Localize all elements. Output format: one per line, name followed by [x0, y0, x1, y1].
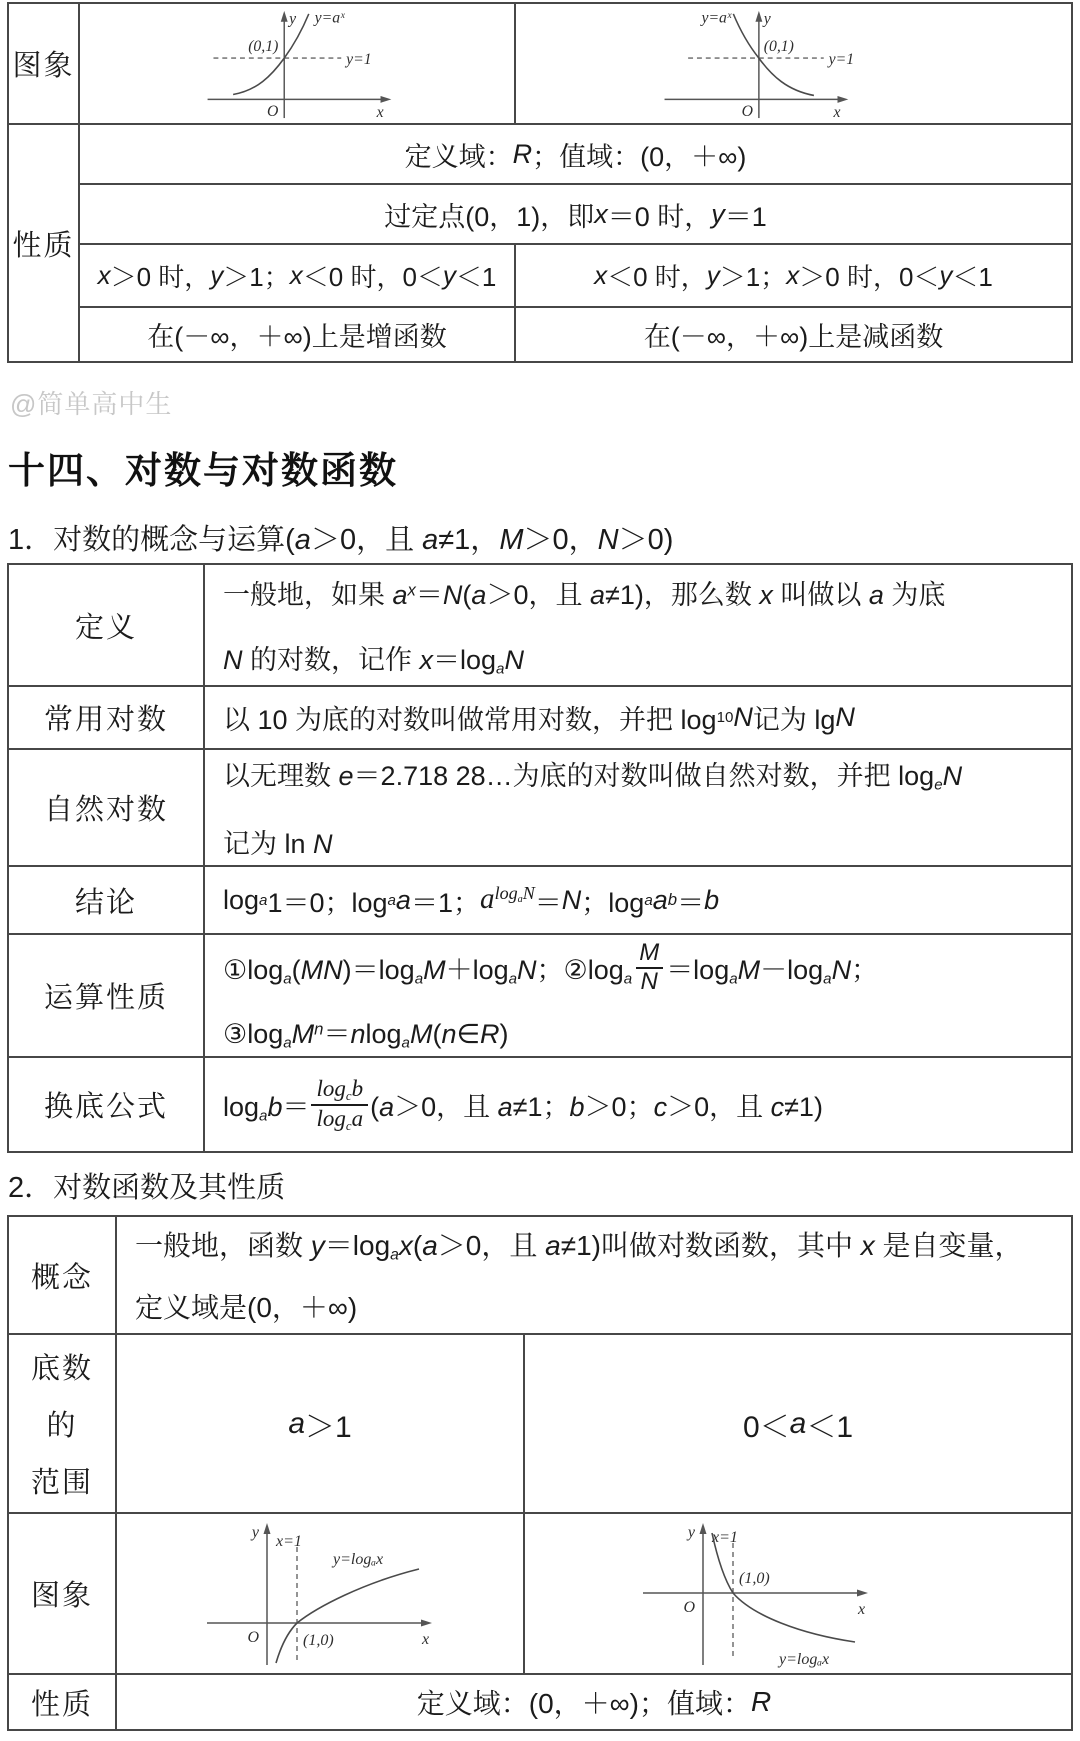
natural-log-line-1: 以无理数 e＝2.718 28…为底的对数叫做自然对数，并把 logeN: [223, 754, 962, 794]
origin-label: O: [247, 1629, 259, 1646]
asymptote-label: y=1: [344, 50, 371, 67]
operations-line-1-pre: ①loga(MN)＝logaM＋logaN；②loga: [223, 948, 632, 988]
conclusion-label: 结论: [9, 867, 203, 933]
exp-decreasing-graph: y y=aˣ (0,1) y=1 O x: [647, 7, 857, 121]
exp-increasing-monotonicity-cell: 在(－∞，＋∞)上是增函数: [80, 308, 514, 361]
y-axis-arrow: [755, 10, 762, 21]
exp-decreasing-graph-cell: y y=aˣ (0,1) y=1 O x: [516, 4, 1071, 123]
operations-line-2: ③logaMn＝nlogaM(n∈R): [223, 1012, 509, 1052]
operations-line-1-post: ＝logaM－logaN；: [666, 948, 878, 988]
fraction-denominator: N: [636, 967, 663, 996]
fraction-numerator: logcb: [311, 1076, 368, 1103]
exp-fixed-point-cell: 过定点(0，1)，即 x＝0 时，y＝1: [80, 185, 1071, 243]
y-axis-label: y: [250, 1524, 260, 1541]
definition-line-1: 一般地，如果 ax＝N(a＞0，且 a≠1)，那么数 x 叫做以 a 为底: [223, 573, 945, 612]
base-range-a-lt-1-cell: 0＜a＜1: [525, 1335, 1071, 1512]
asymptote-label: y=1: [826, 50, 853, 67]
watermark: @简单高中生: [10, 384, 172, 421]
exp-decreasing-values-cell: x＜0 时，y＞1；x＞0 时，0＜y＜1: [516, 245, 1071, 306]
y-axis-label: y: [287, 10, 296, 27]
math-reference-sheet: 图象 y y=aˣ (0,1) y=1 O x: [0, 0, 1080, 1741]
natural-log-line-2: 记为 ln N: [223, 822, 333, 861]
origin-label: O: [683, 1599, 695, 1616]
base-range-label-line-2: 的: [46, 1403, 77, 1444]
x-axis-label: x: [376, 104, 384, 121]
exp-props-row-label: 性质: [9, 125, 78, 361]
log-props-label: 性质: [9, 1675, 115, 1729]
base-range-label-line-3: 范围: [31, 1460, 93, 1501]
y-axis-label: y: [761, 10, 770, 27]
definition-cell: 一般地，如果 ax＝N(a＞0，且 a≠1)，那么数 x 叫做以 a 为底 N …: [205, 565, 1071, 685]
x-axis-arrow: [857, 1589, 868, 1596]
curve-label: y=aˣ: [699, 9, 731, 26]
concept-line-1: 一般地，函数 y＝logax(a＞0，且 a≠1)叫做对数函数，其中 x 是自变…: [135, 1224, 1023, 1265]
definition-label: 定义: [9, 565, 203, 685]
log-increasing-graph: y x=1 y=logₐx (1,0) O x: [195, 1519, 445, 1669]
vline-label: x=1: [711, 1529, 738, 1546]
exp-decreasing-monotonicity-cell: 在(－∞，＋∞)上是减函数: [516, 308, 1071, 361]
y-axis-arrow: [264, 1523, 271, 1534]
subsection-1-title: 1．对数的概念与运算(a＞0，且 a≠1，M＞0，N＞0): [8, 517, 673, 558]
point-label: (0,1): [763, 38, 793, 55]
base-range-label-line-1: 底数: [31, 1346, 93, 1387]
exp-increasing-values-cell: x＞0 时，y＞1；x＜0 时，0＜y＜1: [80, 245, 514, 306]
exp-function-table: 图象 y y=aˣ (0,1) y=1 O x: [7, 2, 1073, 363]
base-change-cell: logab＝logcblogca(a＞0，且 a≠1；b＞0；c＞0，且 c≠1…: [205, 1058, 1071, 1151]
base-range-label: 底数 的 范围: [9, 1335, 115, 1512]
log-increasing-graph-cell: y x=1 y=logₐx (1,0) O x: [117, 1514, 523, 1673]
common-log-label: 常用对数: [9, 687, 203, 748]
operations-cell: ①loga(MN)＝logaM＋logaN；②logaMN＝logaM－loga…: [205, 935, 1071, 1056]
concept-label: 概念: [9, 1217, 115, 1333]
y-axis-label: y: [686, 1524, 696, 1541]
base-range-a-gt-1-cell: a＞1: [117, 1335, 523, 1512]
m-over-n-fraction: MN: [634, 940, 664, 996]
exp-domain-range-cell: 定义域：R；值域：(0，＋∞): [80, 125, 1071, 183]
subsection-2-title: 2．对数函数及其性质: [8, 1165, 285, 1206]
x-axis-arrow: [837, 95, 848, 102]
point-label: (1,0): [303, 1632, 334, 1649]
exp-increasing-graph: y y=aˣ (0,1) y=1 O x: [192, 7, 402, 121]
y-axis-arrow: [281, 10, 288, 21]
log-graph-row-label: 图象: [9, 1514, 115, 1673]
base-change-fraction: logcblogca: [311, 1076, 368, 1133]
curve-label: y=aˣ: [313, 9, 345, 26]
exp-increasing-graph-cell: y y=aˣ (0,1) y=1 O x: [80, 4, 514, 123]
base-change-formula: logab＝logcblogca(a＞0，且 a≠1；b＞0；c＞0，且 c≠1…: [223, 1076, 823, 1133]
conclusion-cell: loga1＝0；logaa＝1；alogaN＝N；logaab＝b: [205, 867, 1071, 933]
x-axis-label: x: [832, 104, 840, 121]
base-change-post: (a＞0，且 a≠1；b＞0；c＞0，且 c≠1): [370, 1085, 823, 1124]
concept-cell: 一般地，函数 y＝logax(a＞0，且 a≠1)叫做对数函数，其中 x 是自变…: [117, 1217, 1071, 1333]
fraction-numerator: M: [634, 940, 664, 967]
point-label: (0,1): [248, 38, 278, 55]
x-axis-arrow: [381, 95, 392, 102]
x-axis-label: x: [421, 1631, 429, 1648]
point-label: (1,0): [739, 1570, 770, 1587]
concept-line-2: 定义域是(0，＋∞): [135, 1286, 357, 1326]
log-decreasing-graph-cell: y x=1 (1,0) y=logₐx O x: [525, 1514, 1071, 1673]
exp-graph-row-label: 图象: [9, 4, 78, 123]
origin-label: O: [741, 103, 752, 120]
definition-line-2: N 的对数，记作 x＝logaN: [223, 638, 524, 678]
base-change-pre: logab＝: [223, 1085, 309, 1125]
operations-line-1: ①loga(MN)＝logaM＋logaN；②logaMN＝logaM－loga…: [223, 940, 878, 996]
natural-log-cell: 以无理数 e＝2.718 28…为底的对数叫做自然对数，并把 logeN 记为 …: [205, 750, 1071, 865]
log-concept-table: 定义 一般地，如果 ax＝N(a＞0，且 a≠1)，那么数 x 叫做以 a 为底…: [7, 563, 1073, 1153]
base-change-label: 换底公式: [9, 1058, 203, 1151]
log-decreasing-graph: y x=1 (1,0) y=logₐx O x: [631, 1519, 881, 1669]
section-heading: 十四、对数与对数函数: [8, 440, 398, 494]
y-axis-arrow: [700, 1523, 707, 1534]
origin-label: O: [267, 103, 278, 120]
operations-label: 运算性质: [9, 935, 203, 1056]
log-function-table: 概念 一般地，函数 y＝logax(a＞0，且 a≠1)叫做对数函数，其中 x …: [7, 1215, 1073, 1731]
curve-label: y=logₐx: [331, 1551, 383, 1568]
x-axis-arrow: [421, 1619, 432, 1626]
natural-log-label: 自然对数: [9, 750, 203, 865]
vline-label: x=1: [275, 1533, 302, 1550]
fraction-denominator: logca: [311, 1104, 368, 1133]
log-props-cell: 定义域：(0，＋∞)；值域：R: [117, 1675, 1071, 1729]
x-axis-label: x: [857, 1601, 865, 1618]
common-log-cell: 以 10 为底的对数叫做常用对数，并把 log10N 记为 lg N: [205, 687, 1071, 748]
curve-label: y=logₐx: [777, 1651, 829, 1668]
